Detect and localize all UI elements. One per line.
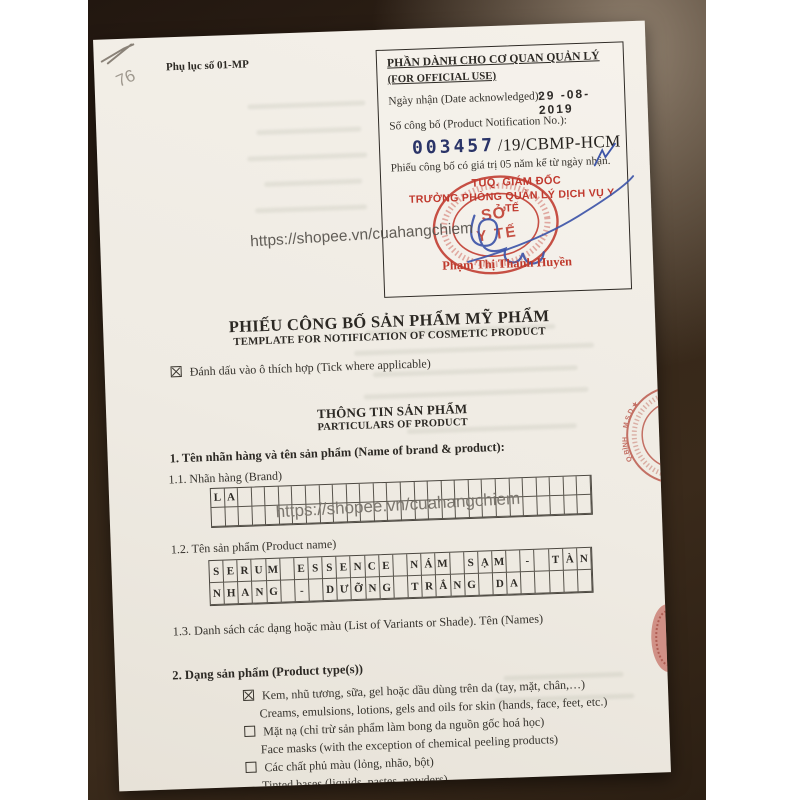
product-grid-cell: N (407, 554, 422, 576)
product-grid-cell: N (252, 581, 267, 603)
svg-text:M.S.D ★: M.S.D ★ (622, 399, 642, 429)
edge-stamp-2 (637, 600, 671, 677)
product-type-checkbox (245, 762, 256, 773)
product-grid-cell: N (577, 548, 592, 570)
product-grid-cell: Ạ (478, 551, 493, 573)
ghost-line (256, 127, 361, 136)
product-grid-cell (578, 570, 593, 592)
edge-stamp-1: M.S.D ★ Q.BÌNH (603, 371, 671, 505)
product-type-checkbox (244, 726, 255, 737)
document-paper: 76 Phụ lục số 01-MP PHẦN DÀNH CHO CƠ QUA… (93, 21, 671, 792)
svg-text:Q.BÌNH: Q.BÌNH (620, 437, 634, 463)
product-grid-cell: E (294, 558, 309, 580)
product-grid-cell: M (492, 551, 507, 573)
product-grid-cell (506, 550, 521, 572)
product-grid-cell: G (267, 581, 282, 603)
product-grid-cell: G (380, 577, 395, 599)
product-grid-cell (393, 554, 408, 576)
brand-grid-cell (211, 508, 225, 527)
product-grid-cell: A (238, 582, 253, 604)
brand-grid-cell (239, 507, 253, 526)
variants-label: 1.3. Danh sách các dạng hoặc màu (List o… (172, 612, 543, 640)
brand-grid-cell (536, 477, 550, 496)
product-grid-cell: A (507, 572, 522, 594)
product-grid-cell: S (308, 557, 323, 579)
product-grid-cell: À (563, 548, 578, 570)
product-grid-cell: C (365, 555, 380, 577)
section1-heading: 1. Tên nhãn hàng và tên sản phẩm (Name o… (169, 440, 505, 467)
product-grid-cell: T (408, 576, 423, 598)
brand-grid-cell (563, 476, 577, 495)
product-grid-cell: H (224, 582, 239, 604)
product-grid-cell: E (379, 555, 394, 577)
product-grid-cell: M (436, 553, 451, 575)
section2-heading: 2. Dạng sản phẩm (Product type(s)) (172, 662, 363, 684)
ghost-line (247, 152, 367, 161)
product-grid-cell (564, 570, 579, 592)
product-grid-cell (280, 558, 295, 580)
product-grid-cell: N (366, 577, 381, 599)
product-grid-cell: Á (421, 553, 436, 575)
product-name-label: 1.2. Tên sản phẩm (Product name) (171, 537, 337, 558)
brand-grid-cell (225, 507, 239, 526)
product-grid-cell: Ắ (436, 575, 451, 597)
brand-grid-cell (564, 495, 578, 514)
product-grid-cell (309, 579, 324, 601)
brand-grid-cell (523, 478, 537, 497)
edge-stamp-text-bottom: Q.BÌNH (620, 437, 634, 463)
brand-grid-cell: A (224, 488, 238, 507)
product-grid-cell (479, 573, 494, 595)
brand-grid-cell (537, 496, 551, 515)
product-grid-cell (394, 576, 409, 598)
product-grid-cell (450, 552, 465, 574)
brand-label: 1.1. Nhãn hàng (Brand) (168, 469, 282, 488)
product-grid-cell: - (520, 550, 535, 572)
product-grid-cell: - (295, 580, 310, 602)
product-grid-cell: R (422, 575, 437, 597)
brand-grid-cell (550, 477, 564, 496)
appendix-label: Phụ lục số 01-MP (166, 58, 249, 73)
product-grid-cell (281, 580, 296, 602)
brand-grid-cell (551, 496, 565, 515)
product-grid-cell: N (210, 583, 225, 605)
tick-checkbox (170, 366, 181, 377)
ghost-line (264, 179, 362, 187)
product-grid-cell (521, 572, 536, 594)
brand-grid-cell: L (211, 489, 225, 508)
product-grid-cell: E (337, 556, 352, 578)
product-grid-cell: M (266, 559, 281, 581)
product-grid-cell: Ư (337, 578, 352, 600)
product-grid-cell: E (223, 560, 238, 582)
product-grid-cell: Ỡ (351, 578, 366, 600)
brand-grid-cell (252, 506, 266, 525)
product-grid-cell (535, 549, 550, 571)
product-grid-cell: D (323, 579, 338, 601)
product-grid-cell: N (450, 574, 465, 596)
product-grid-cell: U (252, 559, 267, 581)
official-use-box: PHẦN DÀNH CHO CƠ QUAN QUẢN LÝ (FOR OFFIC… (376, 41, 633, 298)
ghost-line (247, 100, 365, 109)
photo-background: 76 Phụ lục số 01-MP PHẦN DÀNH CHO CƠ QUA… (88, 0, 706, 800)
ghost-line (255, 204, 367, 213)
product-grid-cell: T (549, 549, 564, 571)
brand-grid-cell (577, 476, 591, 495)
product-grid-cell: D (493, 573, 508, 595)
brand-grid-cell (251, 487, 265, 506)
brand-grid-cell (238, 488, 252, 507)
product-grid-cell (549, 571, 564, 593)
pencil-checkmark (97, 38, 148, 72)
edge-stamp-text-top: M.S.D ★ (622, 399, 642, 429)
product-type-checkbox (243, 690, 254, 701)
product-grid-cell: N (351, 556, 366, 578)
product-grid-cell: G (465, 574, 480, 596)
product-grid-cell: S (322, 557, 337, 579)
ghost-line (354, 343, 594, 356)
brand-grid-cell (578, 495, 592, 514)
product-name-grid: SERUMESSENCENÁMSẠM-TÀNNHANG-DƯỠNGTRẮNGDA (208, 547, 593, 606)
product-grid-cell: R (238, 560, 253, 582)
product-grid-cell (535, 571, 550, 593)
product-grid-cell: S (209, 561, 224, 583)
brand-grid-cell (523, 497, 537, 516)
product-grid-cell: S (464, 552, 479, 574)
